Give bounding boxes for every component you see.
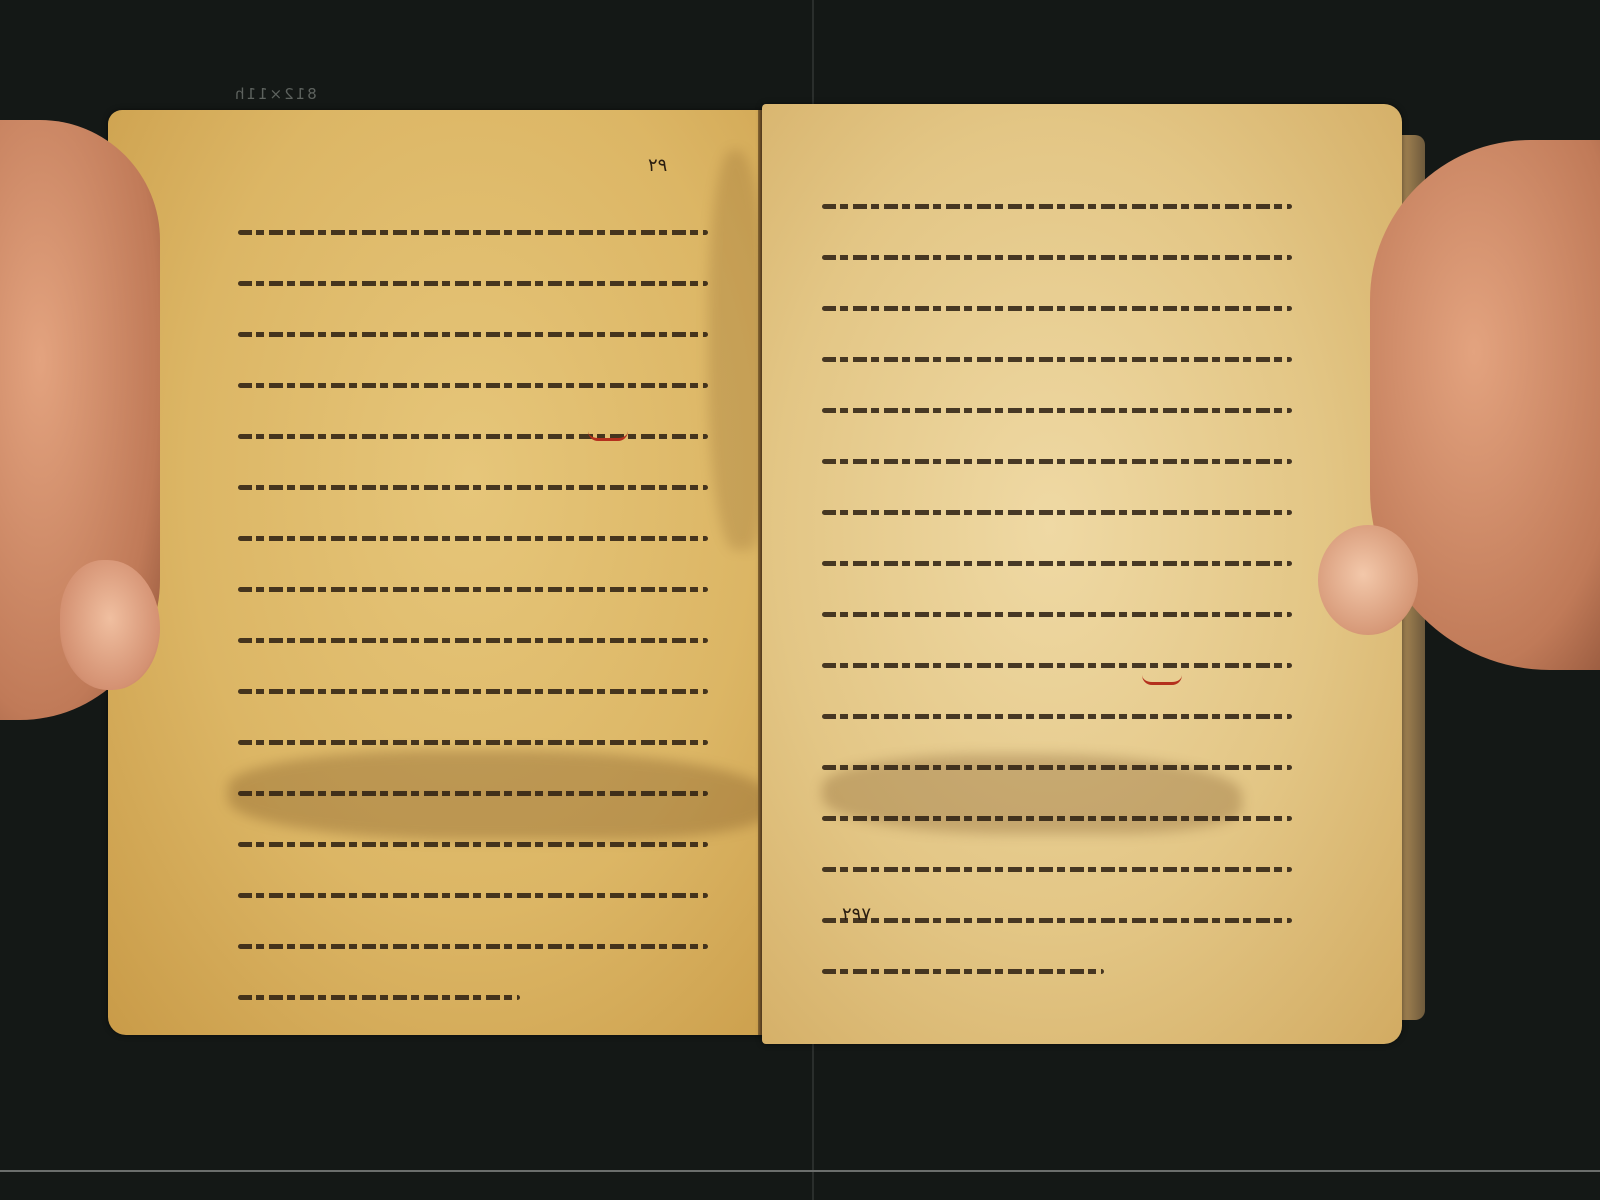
text-line [822,918,1292,923]
text-line [822,663,1292,668]
text-line [822,255,1292,260]
text-line [238,230,708,235]
text-line [822,561,1292,566]
marginal-note: ۲۹ [648,155,667,176]
right-thumb [1318,525,1418,635]
text-line [238,536,708,541]
closing-numerals: ٢٩٧ [842,904,871,925]
text-line [238,893,708,898]
text-line [238,689,708,694]
text-line [822,306,1292,311]
text-line [238,638,708,643]
text-line [238,281,708,286]
text-line [822,408,1292,413]
text-line [238,944,708,949]
rubric-mark [588,428,628,441]
background-seam-horizontal [0,1170,1600,1172]
text-line [822,357,1292,362]
right-text-block [822,204,1292,1020]
text-line [822,510,1292,515]
text-line [822,714,1292,719]
left-page: ۲۹ [108,110,768,1035]
text-line [822,969,1104,974]
text-line [238,995,520,1000]
shelf-mark: 812×11h [233,85,317,103]
text-line [238,332,708,337]
text-line [238,485,708,490]
text-line [822,765,1292,770]
left-thumb [60,560,160,690]
text-line [822,459,1292,464]
left-text-block [238,230,708,1046]
text-line [822,867,1292,872]
rubric-mark [1142,672,1182,685]
text-line [238,791,708,796]
text-line [238,587,708,592]
text-line [822,816,1292,821]
text-line [822,204,1292,209]
text-line [238,383,708,388]
text-line [822,612,1292,617]
right-page: ٢٩٧ [762,104,1402,1044]
text-line [238,842,708,847]
text-line [238,740,708,745]
text-line [238,434,708,439]
